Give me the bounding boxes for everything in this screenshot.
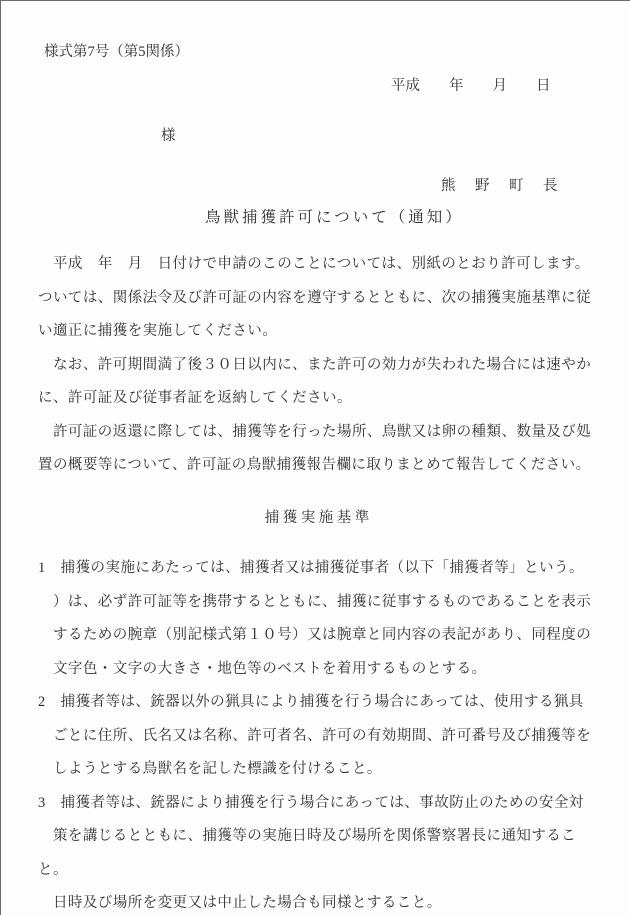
notice-paragraph-permission: 平成 年 月 日付けで申請のこのことについては、別紙のとおり許可します。 ついて…: [38, 248, 596, 349]
standard-item-2: 2 捕獲者等は、銃器以外の猟具により捕獲を行う場合にあっては、使用する猟具 ごと…: [38, 686, 596, 787]
notice-paragraph-report: 許可証の返還に際しては、捕獲等を行った場所、鳥獣又は卵の種類、数量及び処 置の概…: [38, 416, 596, 483]
addressee-name-suffix: 様: [161, 127, 176, 145]
notice-paragraph-return: なお、許可期間満了後３０日以内に、また許可の効力が失われた場合には速やか に、許…: [38, 349, 596, 416]
standard-item-3: 3 捕獲者等は、銃器により捕獲を行う場合にあっては、事故防止のための安全対 策を…: [38, 787, 596, 915]
notice-body: 平成 年 月 日付けで申請のこのことについては、別紙のとおり許可します。 ついて…: [38, 248, 596, 915]
document-page: 様式第7号（第5関係） 平成 年 月 日 様 熊 野 町 長 鳥獣捕獲許可につい…: [0, 0, 630, 915]
sender-title: 熊 野 町 長: [441, 177, 560, 195]
document-title: 鳥獣捕獲許可について（通知）: [205, 208, 464, 228]
standard-item-1: 1 捕獲の実施にあたっては、捕獲者又は捕獲従事者（以下「捕獲者等」という。 ）は…: [38, 552, 596, 686]
form-number: 様式第7号（第5関係）: [44, 43, 189, 61]
section-heading-capture-standards: 捕獲実施基準: [38, 502, 596, 536]
date-line: 平成 年 月 日: [391, 77, 551, 95]
